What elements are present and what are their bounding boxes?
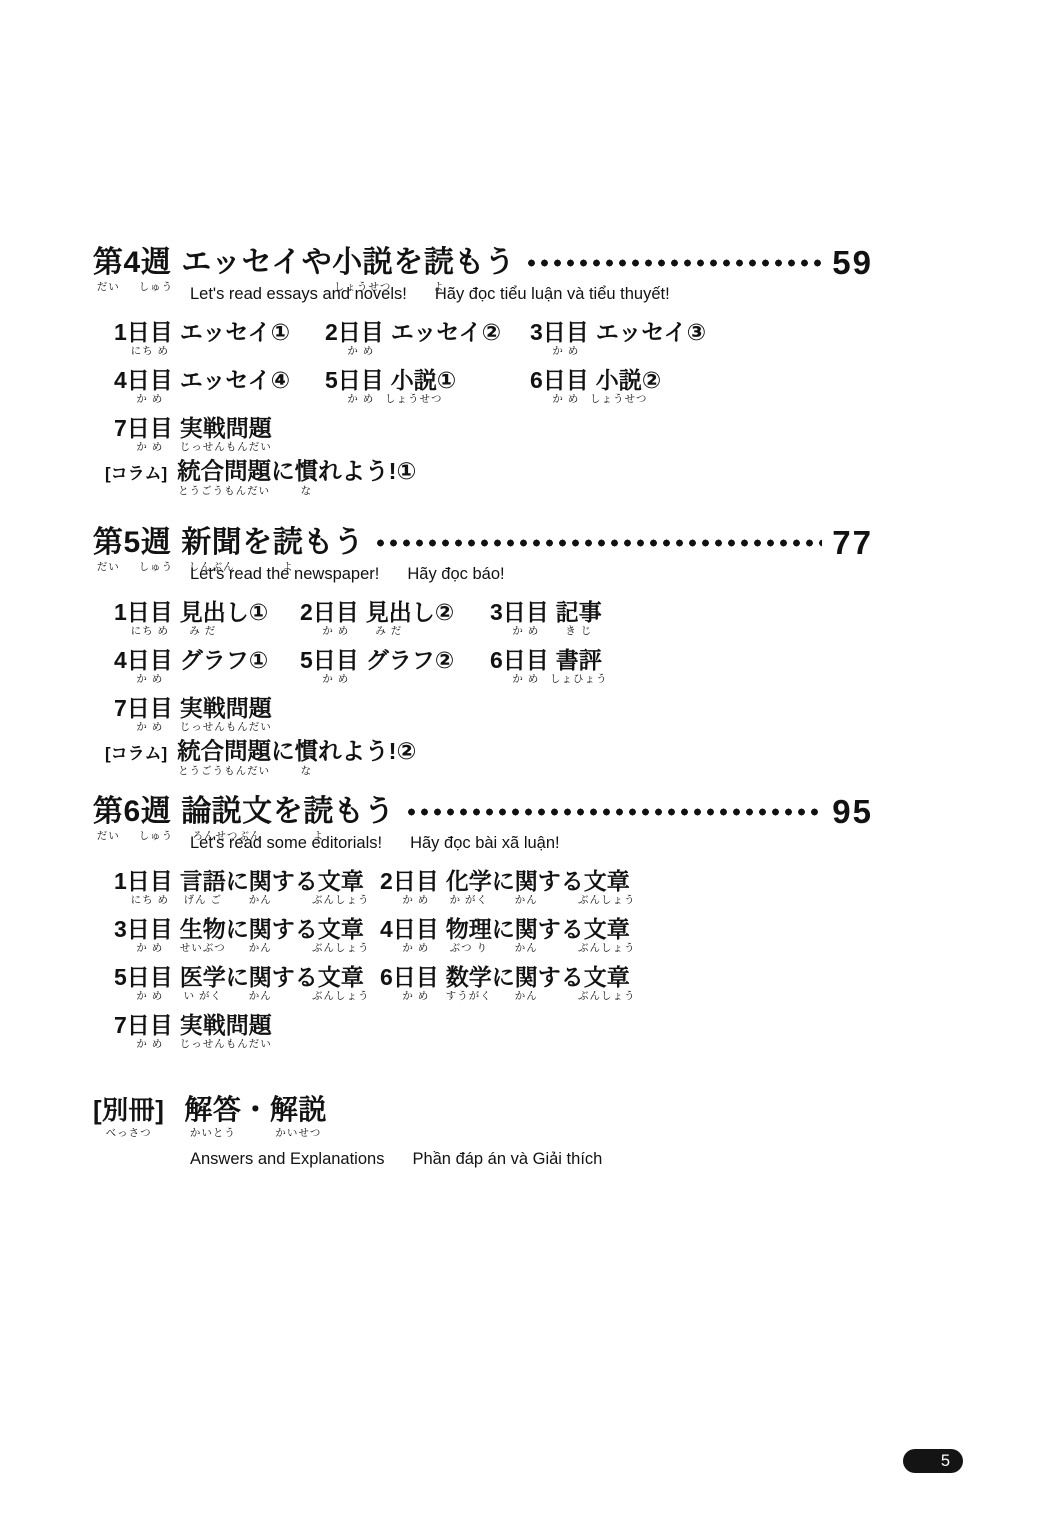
- furigana: か め: [402, 895, 429, 906]
- day-label: 5日目か め: [114, 964, 173, 990]
- ruby-text: 書評しょひょう: [556, 647, 602, 673]
- dot-leader: [525, 245, 822, 281]
- day-topic: 小説しょうせつ②: [596, 367, 661, 393]
- ruby-text: 文章ぶんしょう: [584, 964, 630, 990]
- furigana: かいせつ: [275, 1128, 321, 1139]
- ruby-text: 実戦問題じっせんもんだい: [180, 415, 272, 441]
- ruby-text: 日目か め: [503, 599, 549, 625]
- day-topic: 実戦問題じっせんもんだい: [180, 1012, 272, 1038]
- furigana: すうがく: [446, 991, 492, 1002]
- furigana: かん: [515, 991, 538, 1002]
- page-number: 5: [941, 1453, 950, 1470]
- day-label: 6日目か め: [490, 647, 549, 673]
- ruby-text: 日目か め: [127, 695, 173, 721]
- furigana: み だ: [375, 626, 402, 637]
- day-row: 7日目か め実戦問題じっせんもんだい: [93, 415, 873, 445]
- furigana: だい: [97, 562, 120, 573]
- day-entry: 5日目か め小説しょうせつ①: [325, 367, 530, 397]
- day-entry: 1日目にち めエッセイ①: [114, 319, 325, 349]
- day-topic: 実戦問題じっせんもんだい: [180, 695, 272, 721]
- column-title: 統合問題とうごうもんだいに慣なれよう!①: [177, 458, 416, 485]
- section-page-number: 95: [832, 794, 873, 830]
- ruby-text: 関かん: [249, 964, 272, 990]
- furigana: よ: [433, 282, 445, 293]
- furigana: かん: [515, 943, 538, 954]
- furigana: とうごうもんだい: [178, 766, 270, 777]
- ruby-text: 文章ぶんしょう: [318, 964, 364, 990]
- day-label: 2日目か め: [300, 599, 359, 625]
- day-entry: 4日目か め物理ぶつ りに関かんする文章ぶんしょう: [380, 916, 873, 946]
- ruby-text: 統合問題とうごうもんだい: [177, 458, 271, 485]
- day-row: 1日目にち め言語げん ごに関かんする文章ぶんしょう2日目か め化学か がくに関…: [93, 868, 873, 898]
- ruby-text: 日目か め: [338, 319, 384, 345]
- furigana: かん: [249, 943, 272, 954]
- ruby-text: 関かん: [515, 868, 538, 894]
- day-topic: 小説しょうせつ①: [391, 367, 456, 393]
- section-title: エッセイや小説しょうせつを読よもう: [181, 245, 515, 281]
- furigana: せいぶつ: [180, 943, 226, 954]
- ruby-text: 解答かいとう: [184, 1093, 241, 1127]
- day-topic: グラフ①: [180, 647, 268, 673]
- furigana: か め: [136, 394, 163, 405]
- ruby-text: 小説しょうせつ: [332, 245, 393, 281]
- week-label: 第だい5週しゅう: [93, 525, 171, 561]
- section-subtitle: Answers and ExplanationsPhần đáp án và G…: [190, 1149, 873, 1169]
- ruby-text: 日目か め: [127, 367, 173, 393]
- day-label: 2日目か め: [380, 868, 439, 894]
- ruby-text: 慣な: [295, 458, 319, 485]
- day-topic: 記事き じ: [556, 599, 602, 625]
- toc-section-week6: 第だい6週しゅう論説文ろんせつぶんを読よもう95Let's read some …: [93, 794, 873, 1042]
- day-label: 3日目か め: [114, 916, 173, 942]
- week-label: [別冊べっさつ]: [93, 1093, 164, 1127]
- day-topic: 生物せいぶつに関かんする文章ぶんしょう: [180, 916, 364, 942]
- section-subtitle: Let's read essays and novels!Hãy đọc tiể…: [190, 284, 873, 304]
- furigana: とうごうもんだい: [178, 486, 270, 497]
- ruby-text: 文章ぶんしょう: [318, 868, 364, 894]
- ruby-text: 小説しょうせつ: [391, 367, 437, 393]
- ruby-text: 日目か め: [313, 647, 359, 673]
- day-entry: 7日目か め実戦問題じっせんもんだい: [114, 695, 300, 725]
- ruby-text: 関かん: [515, 916, 538, 942]
- ruby-text: 統合問題とうごうもんだい: [177, 738, 271, 765]
- ruby-text: 日目か め: [127, 964, 173, 990]
- column-note: [コラム]統合問題とうごうもんだいに慣なれよう!②: [93, 738, 873, 767]
- furigana: か め: [136, 1039, 163, 1050]
- day-topic: 化学か がくに関かんする文章ぶんしょう: [446, 868, 630, 894]
- furigana: だい: [97, 831, 120, 842]
- week-label: 第だい6週しゅう: [93, 794, 171, 830]
- column-label: [コラム]: [105, 740, 167, 767]
- furigana: じっせんもんだい: [180, 442, 272, 453]
- section-heading: 第だい6週しゅう論説文ろんせつぶんを読よもう95: [93, 794, 873, 830]
- furigana: げん ご: [184, 895, 222, 906]
- day-entry: 6日目か め小説しょうせつ②: [530, 367, 873, 397]
- furigana: な: [301, 766, 313, 777]
- section-heading: 第だい4週しゅうエッセイや小説しょうせつを読よもう59: [93, 245, 873, 281]
- day-entry: 3日目か めエッセイ③: [530, 319, 873, 349]
- furigana: か め: [402, 991, 429, 1002]
- day-label: 7日目か め: [114, 695, 173, 721]
- day-label: 4日目か め: [114, 367, 173, 393]
- ruby-text: 日目か め: [127, 415, 173, 441]
- day-label: 3日目か め: [530, 319, 589, 345]
- furigana: み だ: [189, 626, 216, 637]
- ruby-text: 日目か め: [393, 868, 439, 894]
- ruby-text: 医学い がく: [180, 964, 226, 990]
- furigana: か め: [347, 346, 374, 357]
- subtitle-vietnamese: Hãy đọc bài xã luận!: [410, 834, 560, 852]
- day-topic: エッセイ④: [180, 367, 290, 393]
- ruby-text: 週しゅう: [141, 525, 172, 561]
- toc-section-appendix: [別冊べっさつ]解答かいとう・解説かいせつAnswers and Explana…: [93, 1093, 873, 1169]
- section-title: 新聞しんぶんを読よもう: [181, 525, 364, 561]
- day-entry: 2日目か め化学か がくに関かんする文章ぶんしょう: [380, 868, 873, 898]
- day-entry: 7日目か め実戦問題じっせんもんだい: [114, 1012, 380, 1042]
- furigana: い がく: [184, 991, 222, 1002]
- ruby-text: 日目か め: [127, 916, 173, 942]
- day-entry: 2日目か め見出み だし②: [300, 599, 490, 629]
- ruby-text: 論説文ろんせつぶん: [181, 794, 273, 830]
- toc-section-week4: 第だい4週しゅうエッセイや小説しょうせつを読よもう59Let's read es…: [93, 245, 873, 487]
- furigana: にち め: [131, 626, 169, 637]
- furigana: ろんせつぶん: [192, 831, 261, 842]
- furigana: しゅう: [139, 282, 174, 293]
- ruby-text: 実戦問題じっせんもんだい: [180, 1012, 272, 1038]
- furigana: か め: [136, 991, 163, 1002]
- section-page-number: 59: [832, 245, 873, 281]
- column-note: [コラム]統合問題とうごうもんだいに慣なれよう!①: [93, 458, 873, 487]
- table-of-contents: 第だい4週しゅうエッセイや小説しょうせつを読よもう59Let's read es…: [93, 0, 873, 1536]
- book-page: 第だい4週しゅうエッセイや小説しょうせつを読よもう59Let's read es…: [0, 0, 1063, 1536]
- day-label: 7日目か め: [114, 1012, 173, 1038]
- toc-section-week5: 第だい5週しゅう新聞しんぶんを読よもう77Let's read the news…: [93, 525, 873, 767]
- furigana: にち め: [131, 895, 169, 906]
- furigana: にち め: [131, 346, 169, 357]
- day-entry: 6日目か め書評しょひょう: [490, 647, 873, 677]
- ruby-text: 関かん: [249, 868, 272, 894]
- ruby-text: 日目にち め: [127, 868, 173, 894]
- furigana: か め: [552, 346, 579, 357]
- day-topic: 見出み だし①: [180, 599, 268, 625]
- furigana: しゅう: [139, 562, 174, 573]
- furigana: かん: [249, 991, 272, 1002]
- day-label: 1日目にち め: [114, 599, 173, 625]
- ruby-text: 生物せいぶつ: [180, 916, 226, 942]
- page-number-badge: 5: [903, 1449, 963, 1473]
- ruby-text: 関かん: [249, 916, 272, 942]
- ruby-text: 日目か め: [313, 599, 359, 625]
- ruby-text: 日目か め: [543, 367, 589, 393]
- ruby-text: 日目か め: [127, 647, 173, 673]
- dot-leader: [374, 525, 822, 561]
- day-label: 6日目か め: [530, 367, 589, 393]
- ruby-text: 読よ: [303, 794, 334, 830]
- ruby-text: 読よ: [424, 245, 455, 281]
- ruby-text: 化学か がく: [446, 868, 492, 894]
- ruby-text: 週しゅう: [141, 245, 172, 281]
- furigana: だい: [97, 282, 120, 293]
- furigana: ぶつ り: [450, 943, 488, 954]
- day-row: 7日目か め実戦問題じっせんもんだい: [93, 1012, 873, 1042]
- furigana: べっさつ: [106, 1128, 152, 1139]
- ruby-text: 記事き じ: [556, 599, 602, 625]
- day-topic: エッセイ③: [596, 319, 706, 345]
- day-label: 5日目か め: [300, 647, 359, 673]
- ruby-text: 日目か め: [503, 647, 549, 673]
- day-topic: エッセイ①: [180, 319, 290, 345]
- day-entry: 6日目か め数学すうがくに関かんする文章ぶんしょう: [380, 964, 873, 994]
- day-label: 1日目にち め: [114, 868, 173, 894]
- furigana: か め: [322, 674, 349, 685]
- section-heading: 第だい5週しゅう新聞しんぶんを読よもう77: [93, 525, 873, 561]
- ruby-text: 週しゅう: [141, 794, 172, 830]
- furigana: か め: [136, 674, 163, 685]
- furigana: か め: [136, 722, 163, 733]
- day-row: 1日目にち め見出み だし①2日目か め見出み だし②3日目か め記事き じ: [93, 599, 873, 629]
- furigana: か め: [512, 674, 539, 685]
- day-row: 5日目か め医学い がくに関かんする文章ぶんしょう6日目か め数学すうがくに関か…: [93, 964, 873, 994]
- furigana: しゅう: [139, 831, 174, 842]
- day-label: 6日目か め: [380, 964, 439, 990]
- subtitle-english: Answers and Explanations: [190, 1150, 384, 1168]
- furigana: しょうせつ: [385, 394, 443, 405]
- ruby-text: 見出み だ: [366, 599, 412, 625]
- day-row: 3日目か め生物せいぶつに関かんする文章ぶんしょう4日目か め物理ぶつ りに関か…: [93, 916, 873, 946]
- ruby-text: 日目か め: [393, 916, 439, 942]
- furigana: か め: [136, 943, 163, 954]
- column-label: [コラム]: [105, 460, 167, 487]
- furigana: ぶんしょう: [312, 943, 370, 954]
- furigana: ぶんしょう: [312, 991, 370, 1002]
- ruby-text: 日目か め: [393, 964, 439, 990]
- ruby-text: 実戦問題じっせんもんだい: [180, 695, 272, 721]
- ruby-text: 第だい: [93, 245, 124, 281]
- day-label: 7日目か め: [114, 415, 173, 441]
- furigana: かん: [515, 895, 538, 906]
- day-topic: 見出み だし②: [366, 599, 454, 625]
- ruby-text: 第だい: [93, 525, 124, 561]
- furigana: しんぶん: [189, 562, 235, 573]
- day-entry: 3日目か め記事き じ: [490, 599, 873, 629]
- section-title: 解答かいとう・解説かいせつ: [184, 1093, 327, 1127]
- furigana: かいとう: [190, 1128, 236, 1139]
- week-label: 第だい4週しゅう: [93, 245, 171, 281]
- furigana: じっせんもんだい: [180, 1039, 272, 1050]
- day-entry: 7日目か め実戦問題じっせんもんだい: [114, 415, 325, 445]
- furigana: か め: [402, 943, 429, 954]
- column-title: 統合問題とうごうもんだいに慣なれよう!②: [177, 738, 416, 765]
- ruby-text: 関かん: [515, 964, 538, 990]
- ruby-text: 数学すうがく: [446, 964, 492, 990]
- ruby-text: 日目か め: [127, 1012, 173, 1038]
- furigana: よ: [313, 831, 325, 842]
- furigana: ぶんしょう: [578, 895, 636, 906]
- day-entry: 2日目か めエッセイ②: [325, 319, 530, 349]
- ruby-text: 日目にち め: [127, 319, 173, 345]
- furigana: か め: [322, 626, 349, 637]
- ruby-text: 物理ぶつ り: [446, 916, 492, 942]
- ruby-text: 第だい: [93, 794, 124, 830]
- section-subtitle: Let's read some editorials!Hãy đọc bài x…: [190, 833, 873, 853]
- day-topic: 物理ぶつ りに関かんする文章ぶんしょう: [446, 916, 630, 942]
- furigana: か め: [136, 442, 163, 453]
- ruby-text: 日目にち め: [127, 599, 173, 625]
- subtitle-vietnamese: Hãy đọc tiểu luận và tiểu thuyết!: [435, 285, 670, 303]
- section-page-number: 77: [832, 525, 873, 561]
- ruby-text: 読よ: [273, 525, 304, 561]
- ruby-text: 文章ぶんしょう: [584, 916, 630, 942]
- furigana: よ: [282, 562, 294, 573]
- day-entry: 1日目にち め見出み だし①: [114, 599, 300, 629]
- furigana: かん: [249, 895, 272, 906]
- day-entry: 4日目か めグラフ①: [114, 647, 300, 677]
- day-topic: 医学い がくに関かんする文章ぶんしょう: [180, 964, 364, 990]
- ruby-text: 文章ぶんしょう: [318, 916, 364, 942]
- day-label: 2日目か め: [325, 319, 384, 345]
- furigana: しょひょう: [550, 674, 608, 685]
- day-topic: エッセイ②: [391, 319, 501, 345]
- day-label: 4日目か め: [114, 647, 173, 673]
- day-entry: 3日目か め生物せいぶつに関かんする文章ぶんしょう: [114, 916, 380, 946]
- ruby-text: 慣な: [295, 738, 319, 765]
- furigana: ぶんしょう: [312, 895, 370, 906]
- ruby-text: 文章ぶんしょう: [584, 868, 630, 894]
- ruby-text: 日目か め: [543, 319, 589, 345]
- section-title: 論説文ろんせつぶんを読よもう: [181, 794, 395, 830]
- furigana: か め: [347, 394, 374, 405]
- day-entry: 4日目か めエッセイ④: [114, 367, 325, 397]
- subtitle-vietnamese: Phần đáp án và Giải thích: [412, 1150, 602, 1168]
- day-topic: グラフ②: [366, 647, 454, 673]
- day-entry: 5日目か め医学い がくに関かんする文章ぶんしょう: [114, 964, 380, 994]
- ruby-text: 新聞しんぶん: [181, 525, 242, 561]
- day-topic: 実戦問題じっせんもんだい: [180, 415, 272, 441]
- day-label: 1日目にち め: [114, 319, 173, 345]
- day-topic: 書評しょひょう: [556, 647, 602, 673]
- day-topic: 数学すうがくに関かんする文章ぶんしょう: [446, 964, 630, 990]
- section-heading: [別冊べっさつ]解答かいとう・解説かいせつ: [93, 1093, 873, 1127]
- furigana: な: [301, 486, 313, 497]
- dot-leader: [405, 794, 823, 830]
- ruby-text: 見出み だ: [180, 599, 226, 625]
- furigana: か め: [552, 394, 579, 405]
- day-row: 4日目か めエッセイ④5日目か め小説しょうせつ①6日目か め小説しょうせつ②: [93, 367, 873, 397]
- day-label: 3日目か め: [490, 599, 549, 625]
- furigana: しょうせつ: [334, 282, 392, 293]
- ruby-text: 別冊べっさつ: [102, 1093, 155, 1127]
- furigana: か がく: [450, 895, 488, 906]
- day-row: 1日目にち めエッセイ①2日目か めエッセイ②3日目か めエッセイ③: [93, 319, 873, 349]
- furigana: か め: [512, 626, 539, 637]
- day-entry: 5日目か めグラフ②: [300, 647, 490, 677]
- furigana: じっせんもんだい: [180, 722, 272, 733]
- ruby-text: 小説しょうせつ: [596, 367, 642, 393]
- day-label: 4日目か め: [380, 916, 439, 942]
- subtitle-vietnamese: Hãy đọc báo!: [407, 565, 504, 583]
- day-label: 5日目か め: [325, 367, 384, 393]
- day-topic: 言語げん ごに関かんする文章ぶんしょう: [180, 868, 364, 894]
- furigana: しょうせつ: [590, 394, 648, 405]
- day-entry: 1日目にち め言語げん ごに関かんする文章ぶんしょう: [114, 868, 380, 898]
- day-row: 4日目か めグラフ①5日目か めグラフ②6日目か め書評しょひょう: [93, 647, 873, 677]
- ruby-text: 解説かいせつ: [270, 1093, 327, 1127]
- day-row: 7日目か め実戦問題じっせんもんだい: [93, 695, 873, 725]
- furigana: き じ: [565, 626, 592, 637]
- ruby-text: 言語げん ご: [180, 868, 226, 894]
- ruby-text: 日目か め: [338, 367, 384, 393]
- furigana: ぶんしょう: [578, 943, 636, 954]
- furigana: ぶんしょう: [578, 991, 636, 1002]
